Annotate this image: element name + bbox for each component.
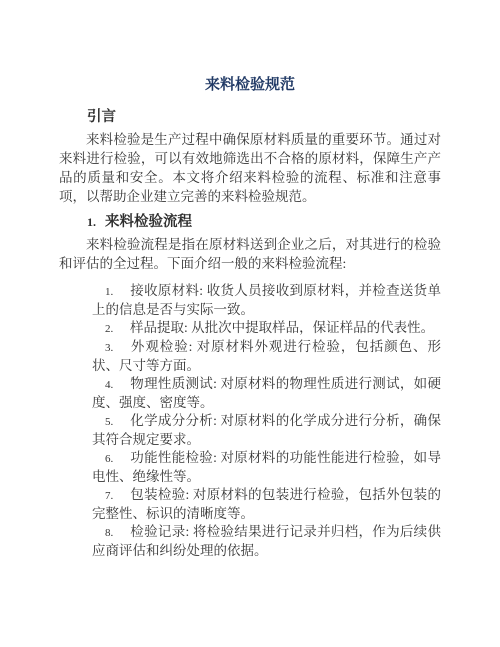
list-item-text: 物理性质测试: 对原材料的物理性质进行测试，如硬度、强度、密度等。 bbox=[92, 376, 441, 410]
list-item: 8.检验记录: 将检验结果进行记录并归档，作为后续供应商评估和纠纷处理的依据。 bbox=[92, 523, 441, 560]
list-item-number: 7. bbox=[105, 487, 130, 505]
intro-heading: 引言 bbox=[87, 107, 441, 127]
list-item-text: 化学成分分析: 对原材料的化学成分进行分析，确保其符合规定要求。 bbox=[92, 413, 441, 447]
list-item: 7.包装检验: 对原材料的包装进行检验，包括外包装的完整性、标识的清晰度等。 bbox=[92, 486, 441, 523]
list-item: 5.化学成分分析: 对原材料的化学成分进行分析，确保其符合规定要求。 bbox=[92, 412, 441, 449]
list-item-text: 接收原材料: 收货人员接收到原材料，并检查送货单上的信息是否与实际一致。 bbox=[92, 283, 441, 317]
list-item-text: 样品提取: 从批次中提取样品，保证样品的代表性。 bbox=[130, 320, 434, 335]
list-item-text: 功能性能检验: 对原材料的功能性能进行检验，如导电性、绝缘性等。 bbox=[92, 450, 441, 484]
document-title: 来料检验规范 bbox=[59, 75, 441, 96]
inspection-steps-list: 1.接收原材料: 收货人员接收到原材料，并检查送货单上的信息是否与实际一致。 2… bbox=[59, 282, 441, 560]
section-1-paragraph: 来料检验流程是指在原材料送到企业之后，对其进行的检验和评估的全过程。下面介绍一般… bbox=[59, 235, 441, 273]
list-item-number: 3. bbox=[105, 339, 130, 357]
list-item-number: 5. bbox=[105, 413, 130, 431]
list-item-number: 4. bbox=[105, 376, 130, 394]
list-item-text: 外观检验: 对原材料外观进行检验，包括颜色、形状、尺寸等方面。 bbox=[92, 339, 441, 373]
intro-paragraph: 来料检验是生产过程中确保原材料质量的重要环节。通过对来料进行检验，可以有效地筛选… bbox=[59, 130, 441, 206]
list-item: 3.外观检验: 对原材料外观进行检验，包括颜色、形状、尺寸等方面。 bbox=[92, 338, 441, 375]
section-1-heading-text: 来料检验流程 bbox=[105, 214, 192, 230]
list-item-number: 8. bbox=[105, 524, 130, 542]
list-item: 1.接收原材料: 收货人员接收到原材料，并检查送货单上的信息是否与实际一致。 bbox=[92, 282, 441, 319]
list-item-text: 包装检验: 对原材料的包装进行检验，包括外包装的完整性、标识的清晰度等。 bbox=[92, 487, 441, 521]
list-item-text: 检验记录: 将检验结果进行记录并归档，作为后续供应商评估和纠纷处理的依据。 bbox=[92, 524, 441, 558]
list-item-number: 6. bbox=[105, 450, 130, 468]
section-1-heading-number: 1. bbox=[87, 215, 96, 229]
list-item: 6.功能性能检验: 对原材料的功能性能进行检验，如导电性、绝缘性等。 bbox=[92, 449, 441, 486]
list-item: 4.物理性质测试: 对原材料的物理性质进行测试，如硬度、强度、密度等。 bbox=[92, 375, 441, 412]
list-item: 2.样品提取: 从批次中提取样品，保证样品的代表性。 bbox=[92, 319, 441, 338]
list-item-number: 1. bbox=[105, 283, 130, 301]
section-1-heading: 1.来料检验流程 bbox=[87, 212, 441, 232]
document-page: 来料检验规范 引言 来料检验是生产过程中确保原材料质量的重要环节。通过对来料进行… bbox=[0, 0, 500, 647]
list-item-number: 2. bbox=[105, 320, 130, 338]
